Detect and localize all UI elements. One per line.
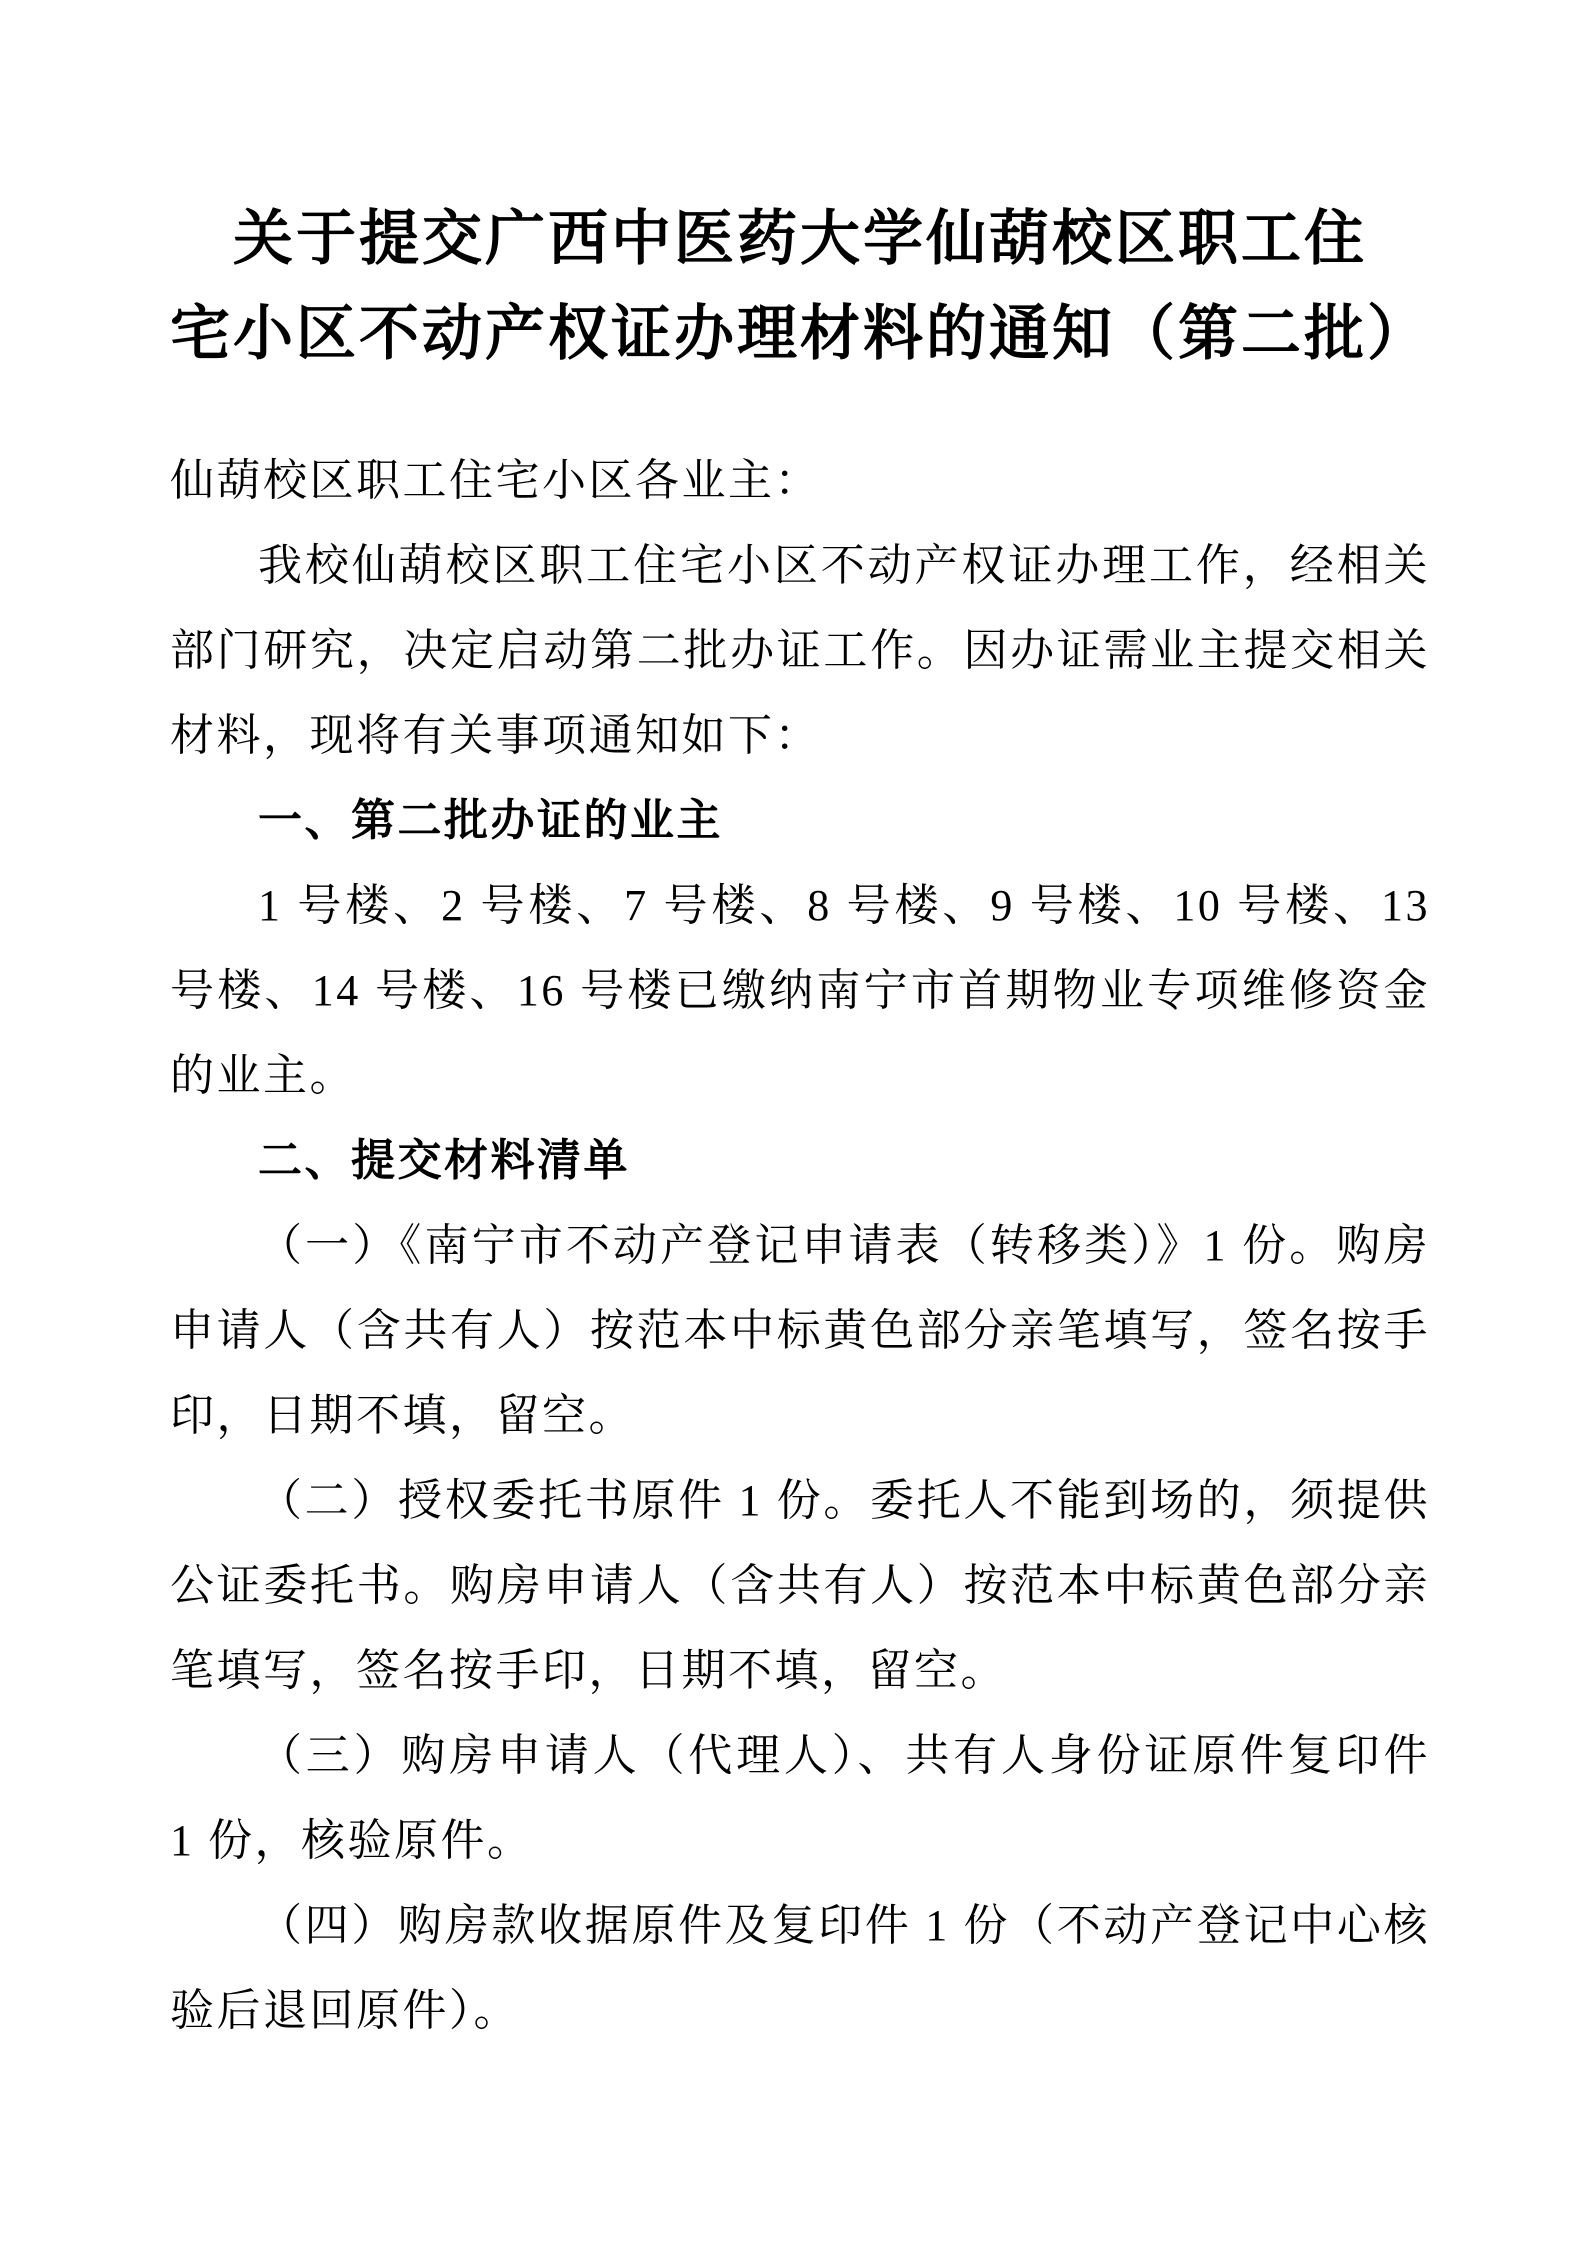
body-paragraph: 我校仙葫校区职工住宅小区不动产权证办理工作，经相关部门研究，决定启动第二批办证工…	[170, 523, 1430, 778]
body-paragraph: 1 号楼、2 号楼、7 号楼、8 号楼、9 号楼、10 号楼、13 号楼、14 …	[170, 863, 1430, 1118]
body-paragraph: （二）授权委托书原件 1 份。委托人不能到场的，须提供公证委托书。购房申请人（含…	[170, 1458, 1430, 1713]
section-heading: 二、提交材料清单	[170, 1118, 1430, 1203]
body-paragraph: （四）购房款收据原件及复印件 1 份（不动产登记中心核验后退回原件）。	[170, 1883, 1430, 2053]
section-heading: 一、第二批办证的业主	[170, 778, 1430, 863]
salutation: 仙葫校区职工住宅小区各业主：	[170, 438, 1430, 523]
document-title-line-1: 关于提交广西中医药大学仙葫校区职工住	[170, 192, 1430, 287]
document-body: 仙葫校区职工住宅小区各业主： 我校仙葫校区职工住宅小区不动产权证办理工作，经相关…	[170, 438, 1430, 2053]
document-title-line-2: 宅小区不动产权证办理材料的通知（第二批）	[170, 287, 1430, 382]
body-paragraph: （一）《南宁市不动产登记申请表（转移类）》1 份。购房申请人（含共有人）按范本中…	[170, 1203, 1430, 1458]
document-page: 关于提交广西中医药大学仙葫校区职工住 宅小区不动产权证办理材料的通知（第二批） …	[0, 0, 1587, 2245]
document-title: 关于提交广西中医药大学仙葫校区职工住 宅小区不动产权证办理材料的通知（第二批）	[170, 192, 1430, 382]
body-paragraph: （三）购房申请人（代理人）、共有人身份证原件复印件 1 份，核验原件。	[170, 1713, 1430, 1883]
